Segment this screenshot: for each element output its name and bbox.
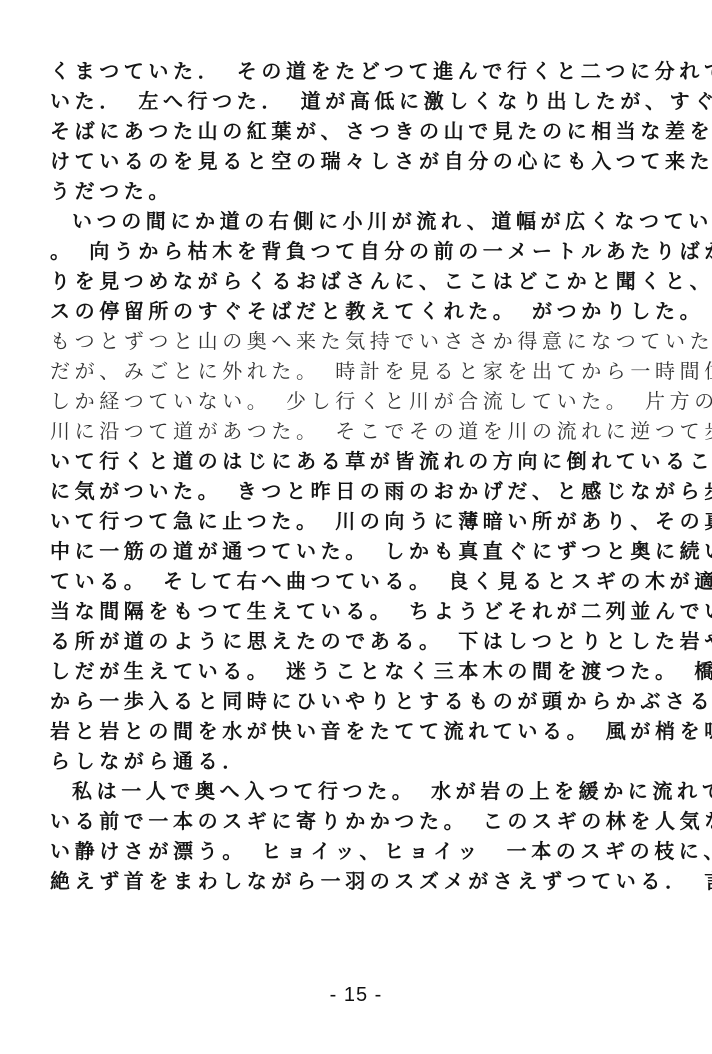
text-line-1: くまつていた． その道をたどつて進んで行くと二つに分れて — [50, 56, 680, 86]
text-line-22: から一歩入ると同時にひいやりとするものが頭からかぶさる。 — [50, 686, 680, 716]
text-line-2: いた． 左へ行つた． 道が高低に激しくなり出したが、すぐ — [50, 86, 680, 116]
text-line-16: いて行つて急に止つた。 川の向うに薄暗い所があり、その真 — [50, 506, 680, 536]
text-line-7: 。 向うから枯木を背負つて自分の前の一メートルあたりばか — [50, 236, 680, 266]
text-line-11: だが、みごとに外れた。 時計を見ると家を出てから一時間位 — [50, 356, 680, 386]
text-line-10: もつとずつと山の奥へ来た気持でいささか得意になつていたの — [50, 326, 680, 356]
text-line-8: りを見つめながらくるおばさんに、ここはどこかと聞くと、バ — [50, 266, 680, 296]
text-line-13: 川に沿つて道があつた。 そこでその道を川の流れに逆つて歩 — [50, 416, 680, 446]
page-number: - 15 - — [0, 984, 712, 1007]
text-line-3: そばにあつた山の紅葉が、さつきの山で見たのに相当な差をつ — [50, 116, 680, 146]
text-line-6: いつの間にか道の右側に小川が流れ、道幅が広くなつていた — [50, 206, 680, 236]
text-line-17: 中に一筋の道が通つていた。 しかも真直ぐにずつと奥に続い — [50, 536, 680, 566]
text-line-26: いる前で一本のスギに寄りかかつた。 このスギの林を人気な — [50, 806, 680, 836]
text-line-12: しか経つていない。 少し行くと川が合流していた。 片方の — [50, 386, 680, 416]
text-line-24: らしながら通る． — [50, 746, 680, 776]
text-line-19: 当な間隔をもつて生えている。 ちようどそれが二列並んでい — [50, 596, 680, 626]
text-line-20: る所が道のように思えたのである。 下はしつとりとした岩や — [50, 626, 680, 656]
text-line-14: いて行くと道のはじにある草が皆流れの方向に倒れていること — [50, 446, 680, 476]
text-line-21: しだが生えている。 迷うことなく三本木の間を渡つた。 橋 — [50, 656, 680, 686]
document-page: くまつていた． その道をたどつて進んで行くと二つに分れて いた． 左へ行つた． … — [0, 0, 712, 1054]
text-line-23: 岩と岩との間を水が快い音をたてて流れている。 風が梢を鳴 — [50, 716, 680, 746]
text-line-18: ている。 そして右へ曲つている。 良く見るとスギの木が適 — [50, 566, 680, 596]
text-line-28: 絶えず首をまわしながら一羽のスズメがさえずつている． 言 — [50, 866, 680, 896]
text-line-9: スの停留所のすぐそばだと教えてくれた。 がつかりした。 — [50, 296, 680, 326]
text-line-4: けているのを見ると空の瑞々しさが自分の心にも入つて来たよ — [50, 146, 680, 176]
text-line-15: に気がついた。 きつと昨日の雨のおかげだ、と感じながら歩 — [50, 476, 680, 506]
text-line-27: い静けさが漂う。 ヒョイッ、ヒョイッ 一本のスギの枝に、 — [50, 836, 680, 866]
text-line-5: うだつた。 — [50, 176, 680, 206]
text-line-25: 私は一人で奥へ入つて行つた。 水が岩の上を緩かに流れて — [50, 776, 680, 806]
body-text: くまつていた． その道をたどつて進んで行くと二つに分れて いた． 左へ行つた． … — [50, 56, 680, 896]
